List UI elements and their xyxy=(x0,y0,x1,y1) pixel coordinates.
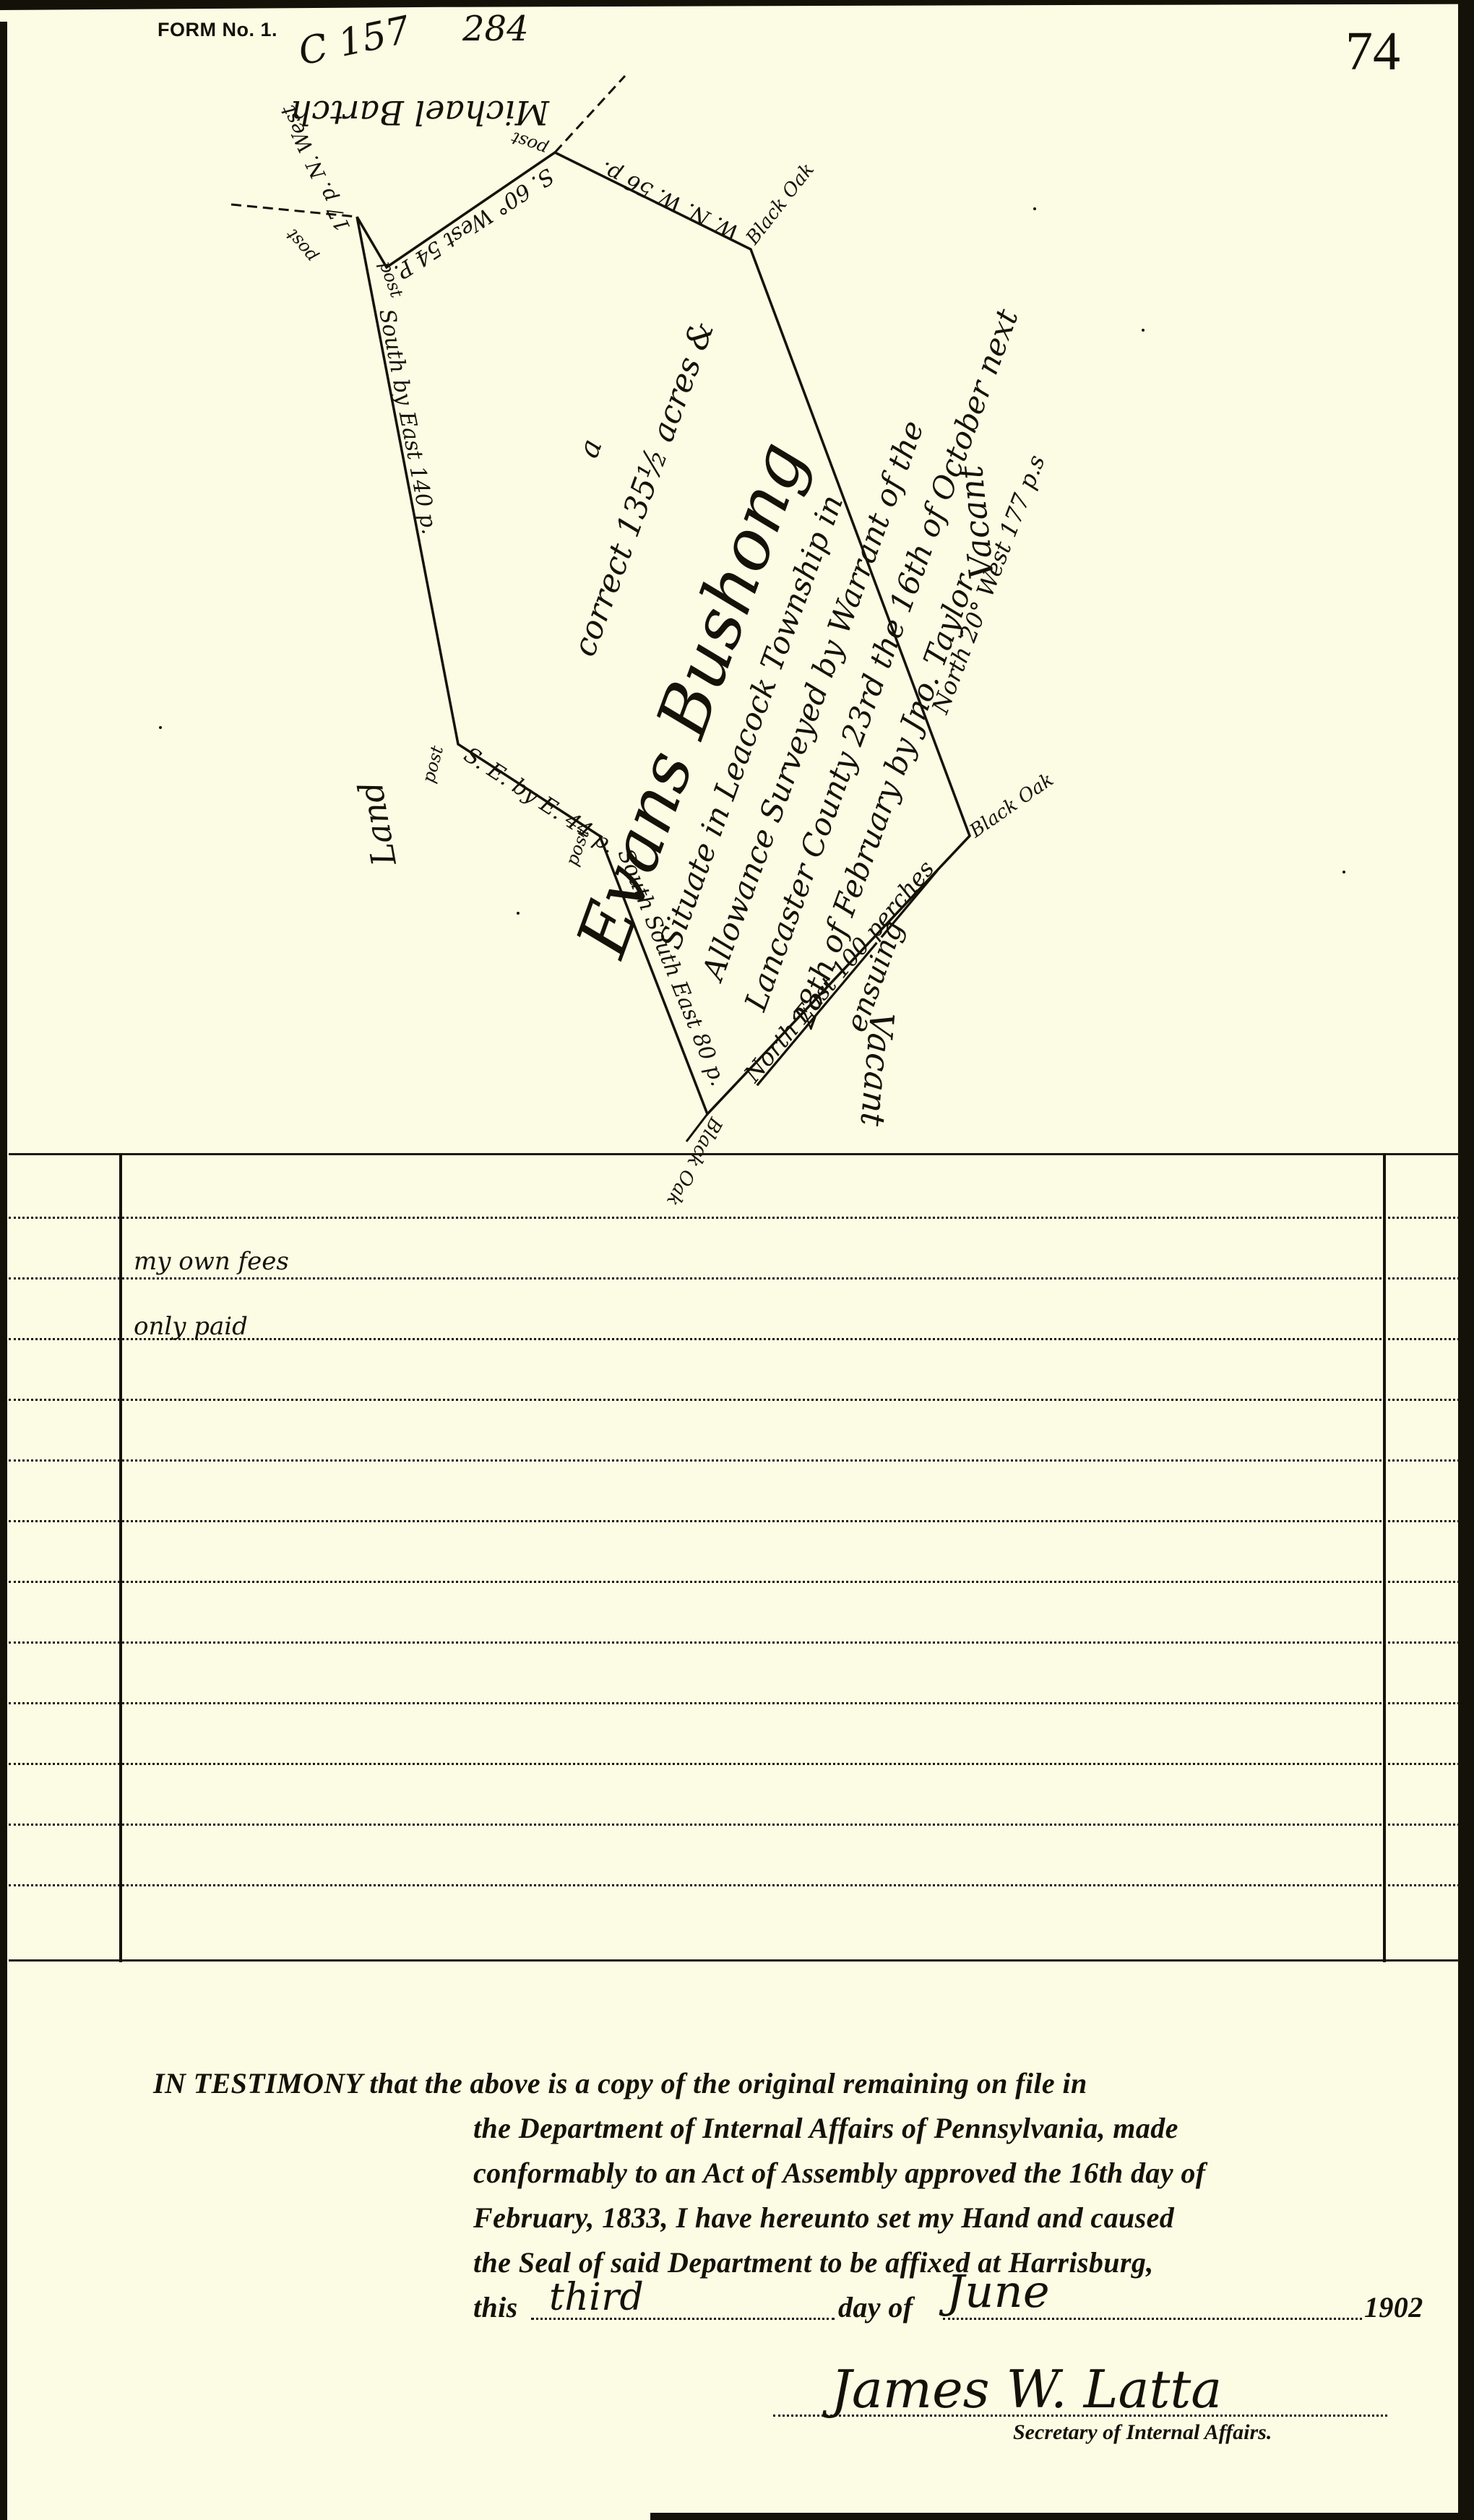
scan-speck xyxy=(159,726,162,729)
certification-lead-title: IN TESTIMONY xyxy=(153,2067,362,2100)
scan-speck xyxy=(1342,871,1345,873)
date-prefix: this xyxy=(473,2284,518,2331)
certification-line-1: that the above is a copy of the original… xyxy=(369,2067,1087,2100)
certification-line-2: the Department of Internal Affairs of Pe… xyxy=(473,2105,1178,2152)
signature: James W. Latta xyxy=(831,2359,1222,2420)
certification-lead: IN TESTIMONY that the above is a copy of… xyxy=(153,2061,1087,2107)
scan-speck xyxy=(1142,329,1145,332)
day-of-label: day of xyxy=(838,2284,913,2331)
certification-line-4: February, 1833, I have hereunto set my H… xyxy=(473,2195,1174,2241)
year-value: 1902 xyxy=(1364,2284,1423,2331)
signer-title: Secretary of Internal Affairs. xyxy=(1013,2420,1272,2445)
survey-certificate-page: FORM No. 1. C 157 284 74 Michael Bartch … xyxy=(0,0,1474,2520)
month-value: June xyxy=(947,2269,1050,2315)
month-fill-line xyxy=(943,2318,1362,2320)
certification-block: IN TESTIMONY that the above is a copy of… xyxy=(0,0,1474,2520)
certification-line-3: conformably to an Act of Assembly approv… xyxy=(473,2150,1206,2196)
scan-speck xyxy=(517,912,520,915)
day-value: third xyxy=(549,2274,644,2321)
scan-speck xyxy=(1033,207,1036,210)
